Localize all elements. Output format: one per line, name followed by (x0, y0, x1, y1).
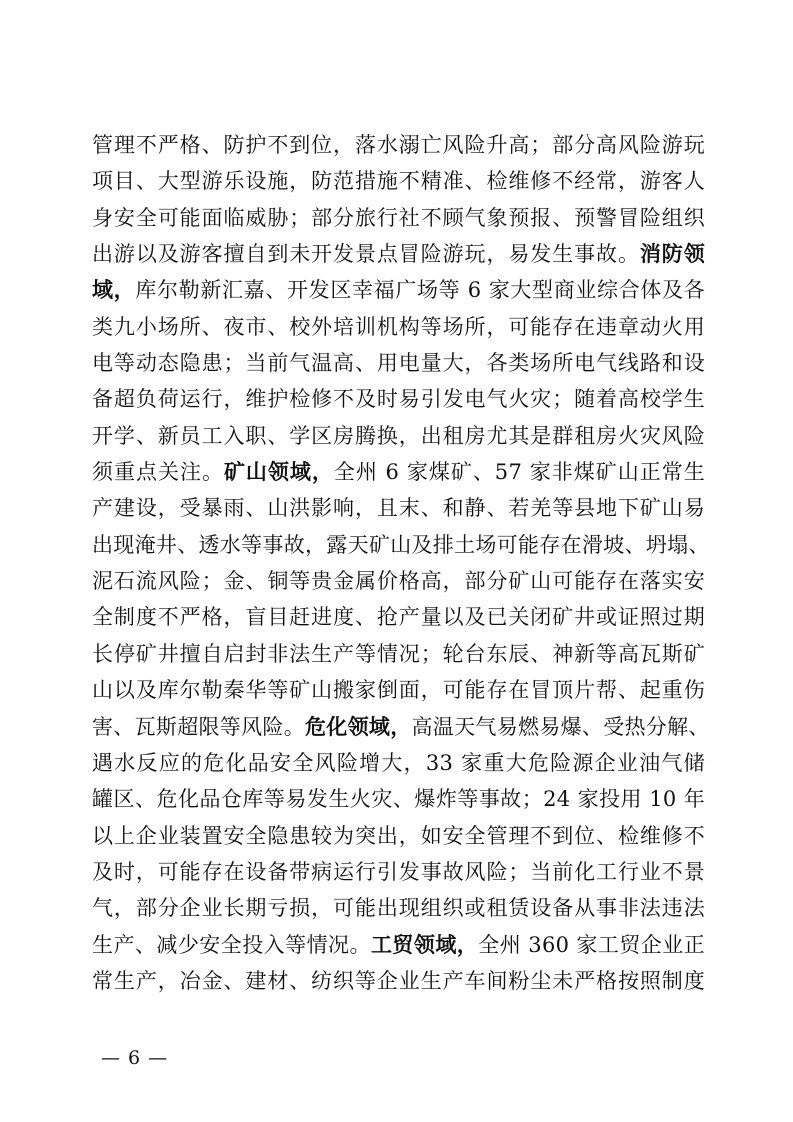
document-page: 管理不严格、防护不到位，落水溺亡风险升高；部分高风险游玩项目、大型游乐设施，防范… (0, 0, 793, 1122)
text-line: 生产、减少安全投入等情况。工贸领域，全州 360 家工贸企业正 (92, 927, 705, 963)
section-heading: 工贸领域， (371, 932, 478, 957)
text-line: 山以及库尔勒秦华等矿山搬家倒面，可能存在冒顶片帮、起重伤 (92, 672, 705, 708)
section-heading: 危化领域， (305, 714, 412, 739)
text-segment: 出现淹井、透水等事故，露天矿山及排土场可能存在滑坡、坍塌、 (92, 533, 710, 557)
text-line: 开学、新员工入职、学区房腾换，出租房尤其是群租房火灾风险 (92, 418, 705, 454)
text-line: 项目、大型游乐设施，防范措施不精准、检维修不经常，游客人 (92, 163, 705, 199)
text-line: 气，部分企业长期亏损，可能出现组织或租赁设备从事非法违法 (92, 890, 705, 926)
text-segment: 山以及库尔勒秦华等矿山搬家倒面，可能存在冒顶片帮、起重伤 (92, 678, 705, 702)
text-line: 及时，可能存在设备带病运行引发事故风险；当前化工行业不景 (92, 854, 705, 890)
text-line: 出游以及游客擅自到未开发景点冒险游玩，易发生事故。消防领 (92, 236, 705, 272)
footer-page-number: — 6 — (101, 1046, 168, 1070)
section-heading: 矿山领域， (224, 459, 334, 484)
text-segment: 备超负荷运行，维护检修不及时易引发电气火灾；随着高校学生 (92, 387, 705, 411)
text-segment: 电等动态隐患；当前气温高、用电量大，各类场所电气线路和设 (92, 351, 705, 375)
text-segment: 生产、减少安全投入等情况。 (92, 933, 371, 957)
text-segment: 高温天气易燃易爆、受热分解、 (412, 715, 710, 739)
text-segment: 害、瓦斯超限等风险。 (92, 715, 305, 739)
text-line: 全制度不严格，盲目赶进度、抢产量以及已关闭矿井或证照过期 (92, 599, 705, 635)
text-segment: 罐区、危化品仓库等易发生火灾、爆炸等事故；24 家投用 10 年 (92, 787, 705, 811)
text-segment: 常生产，冶金、建材、纺织等企业生产车间粉尘未严格按照制度 (92, 969, 705, 993)
text-segment: 类九小场所、夜市、校外培训机构等场所，可能存在违章动火用 (92, 315, 705, 339)
text-line: 出现淹井、透水等事故，露天矿山及排土场可能存在滑坡、坍塌、 (92, 527, 705, 563)
text-line: 长停矿井擅自启封非法生产等情况；轮台东辰、神新等高瓦斯矿 (92, 636, 705, 672)
text-line: 类九小场所、夜市、校外培训机构等场所，可能存在违章动火用 (92, 309, 705, 345)
text-segment: 遇水反应的危化品安全风险增大，33 家重大危险源企业油气储 (92, 751, 705, 775)
text-line: 遇水反应的危化品安全风险增大，33 家重大危险源企业油气储 (92, 745, 705, 781)
text-line: 备超负荷运行，维护检修不及时易引发电气火灾；随着高校学生 (92, 381, 705, 417)
text-segment: 出游以及游客擅自到未开发景点冒险游玩，易发生事故。 (92, 242, 640, 266)
text-segment: 以上企业装置安全隐患较为突出，如安全管理不到位、检维修不 (92, 824, 705, 848)
section-heading: 消防领 (640, 241, 705, 266)
text-line: 管理不严格、防护不到位，落水溺亡风险升高；部分高风险游玩 (92, 127, 705, 163)
text-line: 常生产，冶金、建材、纺织等企业生产车间粉尘未严格按照制度 (92, 963, 705, 999)
text-line: 身安全可能面临威胁；部分旅行社不顾气象预报、预警冒险组织 (92, 200, 705, 236)
text-segment: 全制度不严格，盲目赶进度、抢产量以及已关闭矿井或证照过期 (92, 605, 705, 629)
text-segment: 气，部分企业长期亏损，可能出现组织或租赁设备从事非法违法 (92, 896, 705, 920)
text-segment: 产建设，受暴雨、山洪影响，且末、和静、若羌等县地下矿山易 (92, 496, 705, 520)
text-segment: 库尔勒新汇嘉、开发区幸福广场等 6 家大型商业综合体及各 (135, 278, 705, 302)
text-segment: 及时，可能存在设备带病运行引发事故风险；当前化工行业不景 (92, 860, 705, 884)
text-line: 泥石流风险；金、铜等贵金属价格高，部分矿山可能存在落实安 (92, 563, 705, 599)
text-line: 害、瓦斯超限等风险。危化领域，高温天气易燃易爆、受热分解、 (92, 709, 705, 745)
text-line: 以上企业装置安全隐患较为突出，如安全管理不到位、检维修不 (92, 818, 705, 854)
text-line: 域，库尔勒新汇嘉、开发区幸福广场等 6 家大型商业综合体及各 (92, 272, 705, 308)
text-line: 产建设，受暴雨、山洪影响，且末、和静、若羌等县地下矿山易 (92, 490, 705, 526)
text-segment: 项目、大型游乐设施，防范措施不精准、检维修不经常，游客人 (92, 169, 705, 193)
text-segment: 管理不严格、防护不到位，落水溺亡风险升高；部分高风险游玩 (92, 133, 705, 157)
text-segment: 全州 6 家煤矿、57 家非煤矿山正常生 (334, 460, 705, 484)
text-segment: 开学、新员工入职、学区房腾换，出租房尤其是群租房火灾风险 (92, 424, 705, 448)
text-segment: 全州 360 家工贸企业正 (478, 933, 705, 957)
text-block: 管理不严格、防护不到位，落水溺亡风险升高；部分高风险游玩项目、大型游乐设施，防范… (92, 127, 705, 999)
text-line: 电等动态隐患；当前气温高、用电量大，各类场所电气线路和设 (92, 345, 705, 381)
section-heading: 域， (92, 277, 135, 302)
text-line: 罐区、危化品仓库等易发生火灾、爆炸等事故；24 家投用 10 年 (92, 781, 705, 817)
text-segment: 长停矿井擅自启封非法生产等情况；轮台东辰、神新等高瓦斯矿 (92, 642, 705, 666)
text-segment: 泥石流风险；金、铜等贵金属价格高，部分矿山可能存在落实安 (92, 569, 705, 593)
text-segment: 须重点关注。 (92, 460, 224, 484)
text-line: 须重点关注。矿山领域，全州 6 家煤矿、57 家非煤矿山正常生 (92, 454, 705, 490)
text-segment: 身安全可能面临威胁；部分旅行社不顾气象预报、预警冒险组织 (92, 206, 705, 230)
